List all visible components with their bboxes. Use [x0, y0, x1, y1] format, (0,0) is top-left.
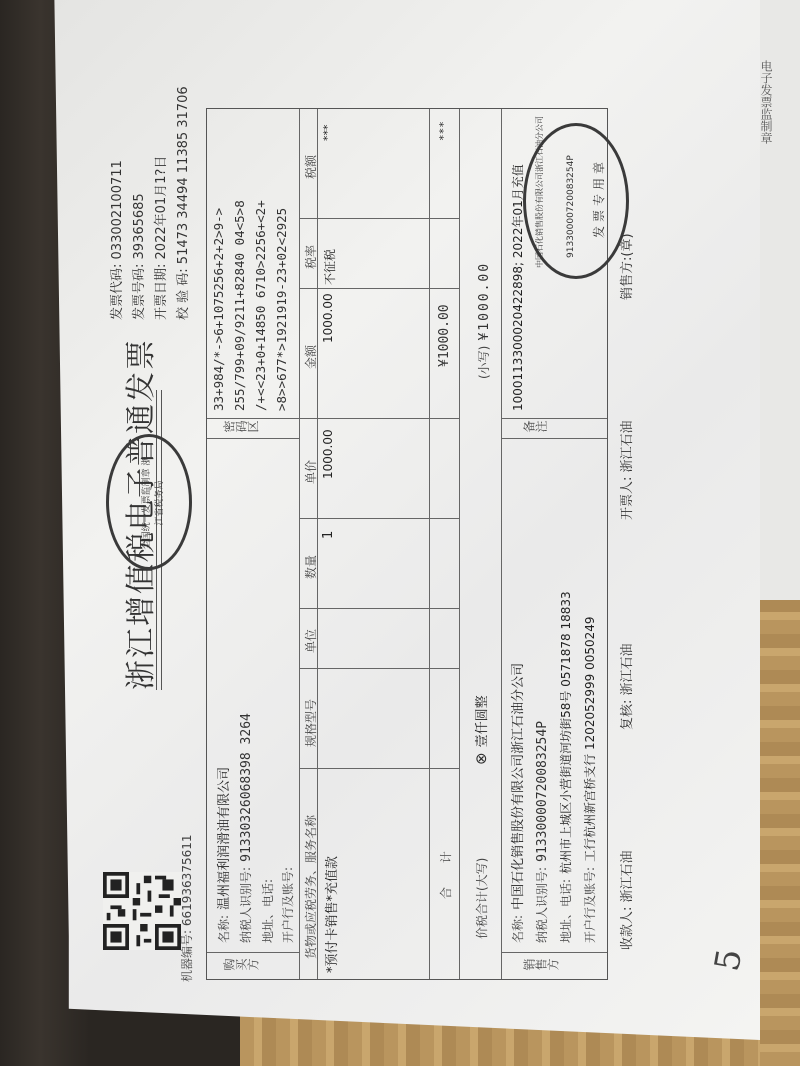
invoice-number: 发票号码: 39365685: [128, 193, 147, 320]
item-name: *预付卡销售*充值款: [321, 856, 340, 973]
grand-total-words: ⊗ 壹仟圆整: [471, 695, 490, 765]
buyer-section-label: 购买方: [223, 956, 259, 973]
seller-seal-label: 销售方:(章): [616, 233, 635, 300]
cipher-line: /+<<23+0+14850 6710>2256+<2+: [253, 200, 268, 411]
col-header-spec: 规格型号: [302, 699, 319, 747]
col-header-name: 货物或应税劳务、服务名称: [302, 815, 319, 959]
check-code: 校 验 码: 51473 34494 11385 31706: [172, 86, 191, 320]
buyer-tax-id-row: 纳税人识别号: 91330326068398 3264: [235, 713, 254, 943]
item-price: 1000.00: [321, 429, 335, 479]
col-header-tax-rate: 税率: [302, 245, 319, 269]
col-header-amount: 金额: [302, 345, 319, 369]
total-amount: ¥1000.00: [437, 304, 452, 367]
item-tax: ***: [321, 125, 334, 142]
col-header-tax: 税额: [302, 155, 319, 179]
col-header-unit: 单位: [302, 629, 319, 653]
machine-number: 机器编号: 661936375611: [178, 835, 195, 983]
invoice-grid: 购买方 名称: 温州福利润滑油有限公司 纳税人识别号: 913303260683…: [206, 108, 608, 980]
tax-bureau-seal: 全国统一发票监制章 浙江省税务局: [106, 434, 192, 570]
qr-code-icon: [103, 872, 181, 950]
issuer: 开票人: 浙江石油: [616, 420, 635, 520]
seller-section-label: 销售方: [523, 956, 559, 973]
payee: 收款人: 浙江石油: [616, 850, 635, 950]
seller-address-row: 地址、电话: 杭州市上城区小营街道河坊街58号 0571878 18833: [555, 591, 574, 943]
item-tax-rate: 不征税: [321, 249, 338, 285]
cipher-line: 33+984/*->6+1075256+2+2>9->: [211, 208, 226, 411]
invoice: 机器编号: 661936375611 浙江增值税电子普通发票 发票代码: 033…: [88, 90, 648, 990]
seller-bank-row: 开户行及账号: 工行杭州新宫桥支行 1202052999 0050249: [579, 616, 598, 943]
wooden-table-edge-right: [760, 560, 800, 1066]
cipher-section-label: 密码区: [223, 418, 259, 435]
buyer-name-row: 名称: 温州福利润滑油有限公司: [213, 767, 232, 943]
item-amount: 1000.00: [321, 293, 335, 343]
company-seal: 中国石化销售股份有限公司浙江石油分公司 91330000720083254P 发…: [523, 123, 629, 279]
seller-tax-id-row: 纳税人识别号: 91330000720083254P: [531, 721, 550, 943]
buyer-address-row: 地址、电话:: [257, 879, 276, 943]
circle-x-icon: ⊗: [472, 752, 490, 765]
item-qty: 1: [321, 531, 336, 539]
total-label: 合 计: [437, 841, 454, 899]
issue-date: 开票日期: 2022年01月1?日: [150, 156, 169, 320]
col-header-qty: 数量: [302, 555, 319, 579]
seller-name-row: 名称: 中国石化销售股份有限公司浙江石油分公司: [507, 663, 526, 943]
total-tax: ***: [437, 121, 450, 141]
cipher-line: 255/799+09/9211+82840 04<5>8: [232, 200, 247, 411]
grand-total-small: (小写) ¥1000.00: [473, 262, 492, 379]
remarks-label: 备注: [523, 418, 547, 435]
cipher-line: >8>>677*>1921919-23+02<2925: [274, 208, 289, 411]
buyer-bank-row: 开户行及账号:: [277, 867, 296, 943]
invoice-code: 发票代码: 033002100711: [106, 160, 125, 320]
col-header-price: 单价: [302, 460, 319, 484]
reviewer: 复核: 浙江石油: [616, 643, 635, 730]
grand-total-label: 价税合计(大写): [473, 858, 490, 939]
